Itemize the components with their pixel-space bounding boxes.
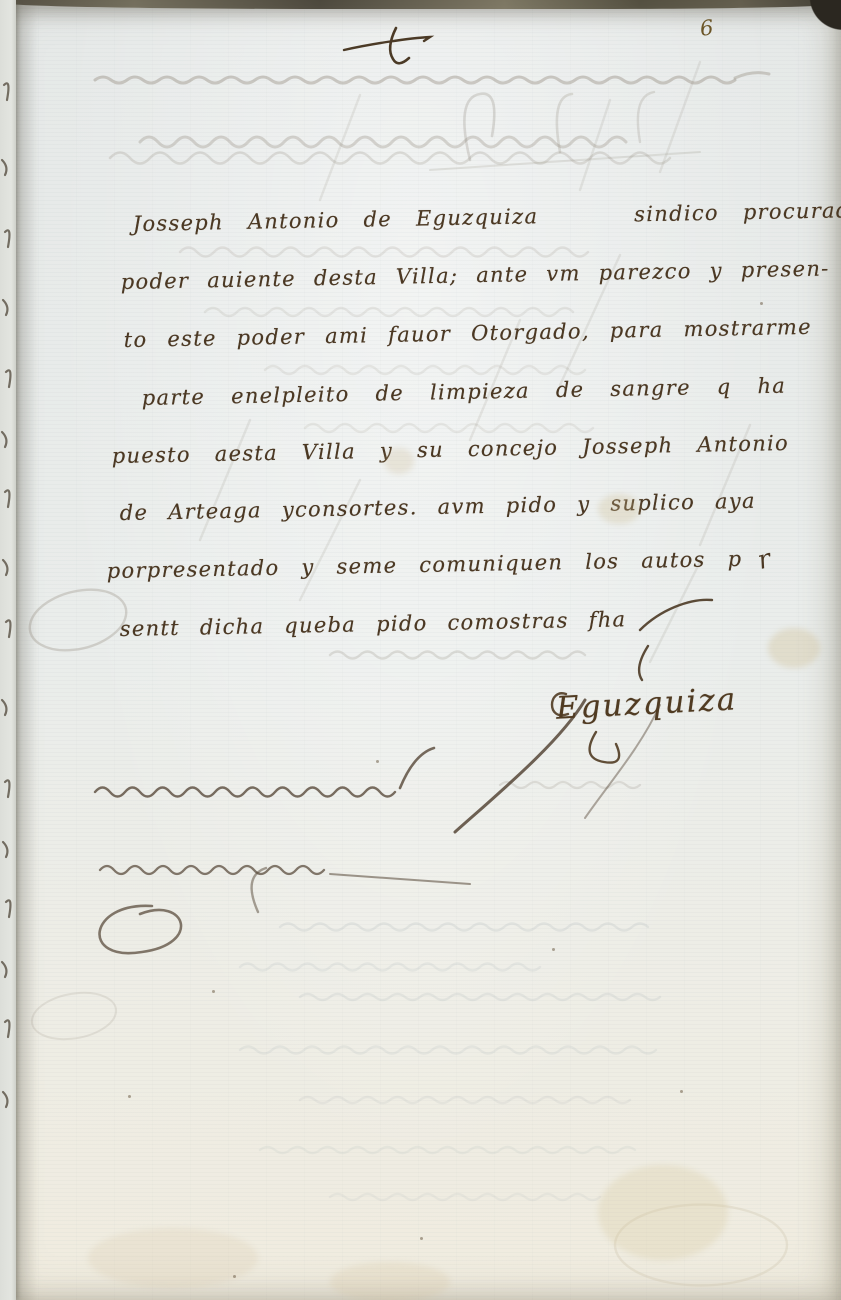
ink-speck <box>552 948 555 951</box>
ink-speck <box>760 302 763 305</box>
manuscript-line: to este poder ami fauor Otorgado, para m… <box>124 315 813 352</box>
bleedthrough-stroke <box>735 73 769 78</box>
binding-fold-shadow <box>16 0 38 1300</box>
bleedthrough-stroke <box>650 562 700 662</box>
bleedthrough-stroke <box>330 874 470 884</box>
bleedthrough-stroke <box>240 1047 656 1054</box>
bleedthrough-stroke <box>30 590 126 651</box>
manuscript-line: sentt dicha queba pido comostras fha <box>120 607 627 641</box>
paper-stain <box>598 1165 728 1260</box>
bleedthrough-stroke <box>305 424 593 432</box>
bleedthrough-stroke <box>95 788 395 797</box>
bleedthrough-stroke <box>464 94 494 160</box>
bleedthrough-stroke <box>260 1147 635 1153</box>
bleedthrough-stroke <box>180 248 588 257</box>
bleedthrough-stroke <box>330 652 585 659</box>
bleedthrough-stroke <box>110 153 670 164</box>
previous-folio-edge <box>0 0 16 1300</box>
bleedthrough-stroke <box>205 308 573 316</box>
manuscript-line: porpresentado y seme comuniquen los auto… <box>107 547 743 583</box>
bleedthrough-stroke <box>240 964 540 971</box>
signature: Eguzquiza <box>555 681 738 726</box>
heading-cross-icon <box>0 0 841 1300</box>
bleedthrough-stroke <box>100 866 324 874</box>
bleedthrough-stroke <box>300 994 660 1000</box>
scan-top-edge <box>0 0 841 9</box>
bleedthrough-stroke <box>265 366 585 374</box>
ink-speck <box>233 1275 236 1278</box>
manuscript-line: de Arteaga yconsortes. avm pido y suplic… <box>120 489 756 525</box>
bleedthrough-stroke <box>32 993 116 1039</box>
bleedthrough-stroke <box>580 100 610 190</box>
bleedthrough-stroke <box>100 906 182 953</box>
manuscript-line: puesto aesta Villa y su concejo Josseph … <box>112 431 790 468</box>
ink-speck <box>420 1237 423 1240</box>
bleedthrough-stroke <box>95 77 735 83</box>
bleedthrough-artwork <box>0 0 841 1300</box>
manuscript-line: parte enelpleito de limpieza de sangre q… <box>142 374 787 410</box>
folio-number: 6 <box>699 15 716 40</box>
ink-speck <box>376 760 379 763</box>
paper-stain <box>768 628 820 668</box>
signature-rubric <box>0 0 841 1300</box>
bleedthrough-stroke <box>400 748 434 788</box>
bleedthrough-stroke <box>330 1194 600 1200</box>
bleedthrough-stroke <box>638 92 654 142</box>
superscript-paraph: r <box>755 544 774 576</box>
bleedthrough-stroke <box>280 924 648 931</box>
manuscript-page: 6 Josseph Antonio de Eguzquiza sindico p… <box>0 0 841 1300</box>
manuscript-line: Josseph Antonio de Eguzquiza sindico pro… <box>133 197 841 236</box>
bleedthrough-stroke <box>430 152 700 170</box>
bleedthrough-stroke <box>557 94 572 152</box>
scan-corner-shadow <box>801 0 841 34</box>
bleedthrough-stroke <box>660 62 700 172</box>
paper-stain <box>384 448 414 474</box>
bleedthrough-stroke <box>500 782 640 788</box>
bleedthrough-stroke <box>300 1097 630 1103</box>
paper-stain <box>88 1228 258 1288</box>
bleedthrough-stroke <box>140 137 626 147</box>
manuscript-line: poder auiente desta Villa; ante vm parez… <box>121 256 830 294</box>
bleedthrough-stroke <box>252 868 266 912</box>
paper-stain <box>330 1262 450 1300</box>
paper-stain <box>598 494 640 524</box>
bleedthrough-stroke <box>320 95 360 200</box>
ink-speck <box>212 990 215 993</box>
ink-speck <box>680 1090 683 1093</box>
ink-speck <box>128 1095 131 1098</box>
